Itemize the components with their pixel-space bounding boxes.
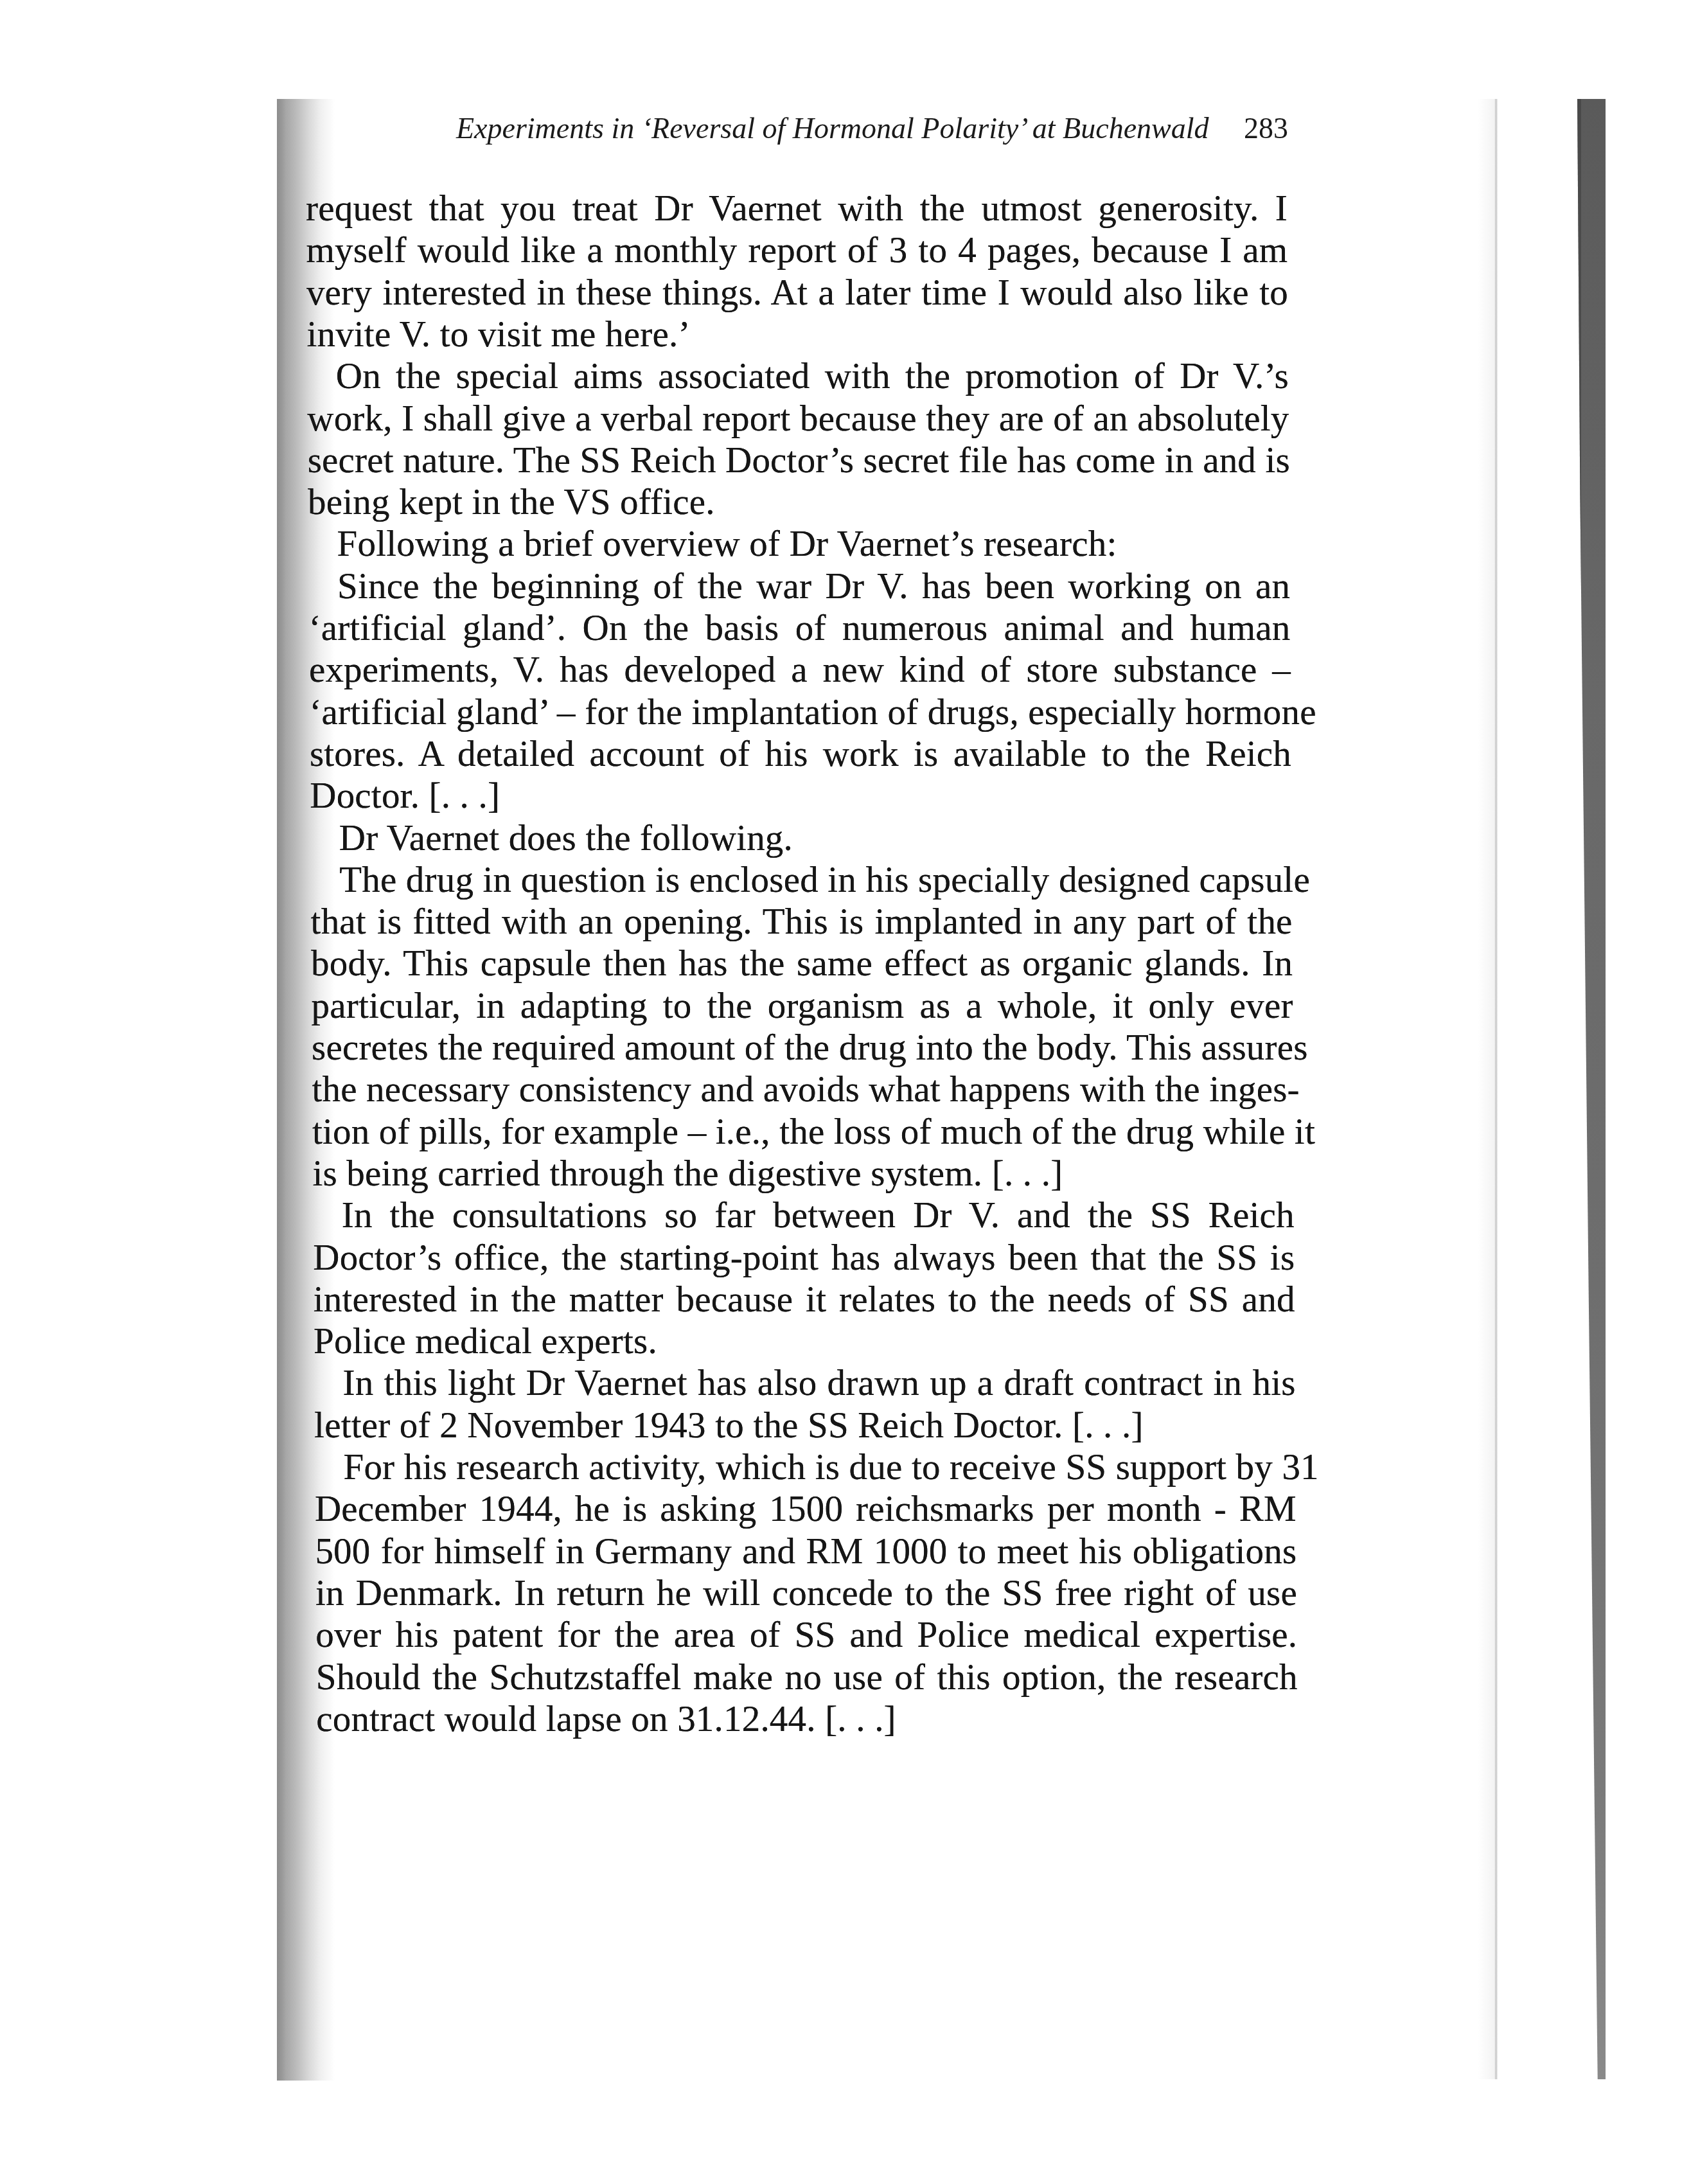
text-line: contract would lapse on 31.12.44. [. . .… [316, 1698, 1298, 1741]
text-line: Doctor’s office, the starting-point has … [313, 1237, 1295, 1279]
text-line: 500 for himself in Germany and RM 1000 t… [315, 1531, 1297, 1573]
text-line: tion of pills, for example – i.e., the l… [312, 1111, 1294, 1153]
text-line: myself would like a monthly report of 3 … [306, 229, 1288, 272]
body-text: request that you treat Dr Vaernet with t… [0, 0, 1682, 2184]
text-line: in Denmark. In return he will concede to… [315, 1572, 1297, 1615]
paragraph-first-line: Since the beginning of the war Dr V. has… [308, 565, 1290, 608]
text-line: work, I shall give a verbal report becau… [307, 398, 1289, 440]
text-line: the necessary consistency and avoids wha… [312, 1069, 1293, 1111]
text-line: ‘artificial gland’ – for the implantatio… [309, 691, 1291, 734]
paragraph-first-line: On the special aims associated with the … [307, 355, 1289, 398]
paragraph-first-line: Dr Vaernet does the following. [310, 817, 1292, 860]
text-line: experiments, V. has developed a new kind… [309, 649, 1291, 691]
text-line: interested in the matter because it rela… [314, 1279, 1295, 1321]
text-line: particular, in adapting to the organism … [312, 985, 1293, 1027]
paragraph-first-line: In the consultations so far between Dr V… [313, 1194, 1295, 1237]
text-line: December 1944, he is asking 1500 reichsm… [315, 1488, 1297, 1531]
text-line: stores. A detailed account of his work i… [310, 733, 1291, 776]
paragraph-first-line: The drug in question is enclosed in his … [310, 859, 1292, 901]
text-line: that is fitted with an opening. This is … [311, 901, 1293, 943]
text-line: being kept in the VS office. [308, 481, 1289, 524]
paragraph-first-line: For his research activity, which is due … [315, 1446, 1297, 1489]
text-line: request that you treat Dr Vaernet with t… [306, 188, 1288, 230]
text-line: very interested in these things. At a la… [306, 272, 1288, 314]
text-line: over his patent for the area of SS and P… [315, 1614, 1297, 1656]
text-line: body. This capsule then has the same eff… [311, 943, 1293, 985]
text-line: secretes the required amount of the drug… [312, 1027, 1293, 1069]
text-line: is being carried through the digestive s… [312, 1153, 1294, 1195]
scanned-book-page: Experiments in ‘Reversal of Hormonal Pol… [0, 0, 1682, 2184]
text-line: Should the Schutzstaffel make no use of … [316, 1656, 1298, 1699]
paragraph-first-line: In this light Dr Vaernet has also drawn … [314, 1362, 1296, 1405]
text-line: letter of 2 November 1943 to the SS Reic… [314, 1405, 1296, 1447]
text-line: secret nature. The SS Reich Doctor’s sec… [308, 439, 1289, 482]
text-line: Police medical experts. [314, 1320, 1295, 1363]
text-line: ‘artificial gland’. On the basis of nume… [309, 607, 1291, 650]
paragraph-first-line: Following a brief overview of Dr Vaernet… [308, 523, 1290, 565]
text-line: Doctor. [. . .] [310, 775, 1291, 817]
text-line: invite V. to visit me here.’ [306, 314, 1288, 356]
